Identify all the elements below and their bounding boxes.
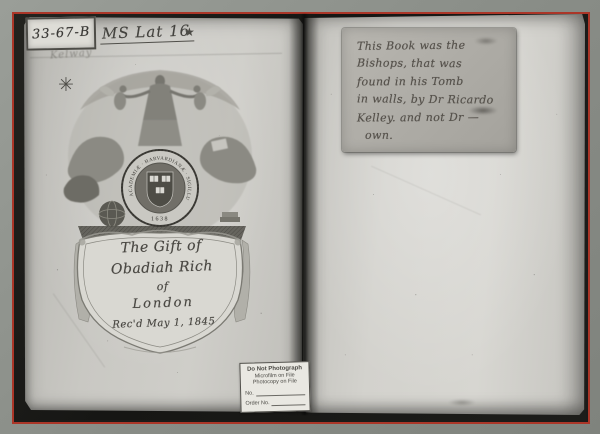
do-not-photograph-stamp: Do Not Photograph Microfilm on File Phot… [239,361,310,413]
gift-inscription: The Gift of Obadiah Rich of London Rec'd… [93,237,231,332]
globe [99,201,125,227]
shelf-label-box: 33-67-B [26,16,97,50]
star-icon: ★ [184,25,195,39]
stamp-no-field: No. [245,389,305,397]
book-stack [220,212,240,222]
blank-rule [271,399,305,406]
shelf-label-text: 33-67-B [31,24,90,42]
stamp-order-label: Order No. [245,400,269,407]
seal-year: 1638 [151,217,169,223]
gift-line: The Gift of [93,237,228,258]
faint-smudge [448,399,476,406]
stamp-no-label: No. [245,390,254,396]
ms-shelfmark: MS Lat 16 [100,21,195,44]
ink-smudge [468,106,498,115]
photograph-of-open-book: 33-67-B MS Lat 16 ★ Kelway ✳ [0,0,600,434]
page-gutter [289,14,319,415]
ink-smudge [474,37,498,45]
pasted-note: This Book was the Bishops, that was foun… [342,28,516,152]
book-photo: 33-67-B MS Lat 16 ★ Kelway ✳ [14,14,586,420]
gift-line: London [95,294,230,314]
gift-line: Obadiah Rich [94,258,229,279]
note-line: own. [365,127,508,145]
stamp-line: Photocopy on File [245,378,305,386]
note-line: Bishops, that was [357,54,508,73]
stamp-order-no-field: Order No. [245,399,305,407]
note-line: found in his Tomb [357,73,508,92]
gift-line: of [95,278,230,296]
blank-rule [256,389,306,396]
